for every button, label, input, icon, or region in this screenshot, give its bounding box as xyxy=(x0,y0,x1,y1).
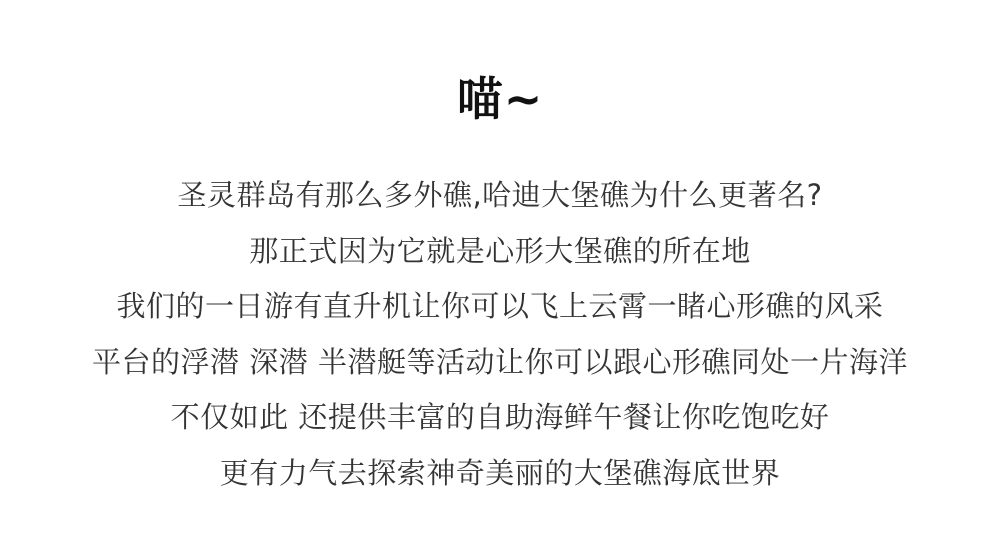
body-line: 那正式因为它就是心形大堡礁的所在地 xyxy=(0,224,1000,280)
body-text-block: 圣灵群岛有那么多外礁,哈迪大堡礁为什么更著名? 那正式因为它就是心形大堡礁的所在… xyxy=(0,168,1000,501)
body-line: 圣灵群岛有那么多外礁,哈迪大堡礁为什么更著名? xyxy=(0,168,1000,224)
body-line: 更有力气去探索神奇美丽的大堡礁海底世界 xyxy=(0,446,1000,502)
text-page: 喵~ 圣灵群岛有那么多外礁,哈迪大堡礁为什么更著名? 那正式因为它就是心形大堡礁… xyxy=(0,0,1000,537)
body-line: 我们的一日游有直升机让你可以飞上云霄一睹心形礁的风采 xyxy=(0,279,1000,335)
body-line: 平台的浮潜 深潜 半潜艇等活动让你可以跟心形礁同处一片海洋 xyxy=(0,335,1000,391)
body-line: 不仅如此 还提供丰富的自助海鲜午餐让你吃饱吃好 xyxy=(0,390,1000,446)
page-title: 喵~ xyxy=(0,0,1000,128)
